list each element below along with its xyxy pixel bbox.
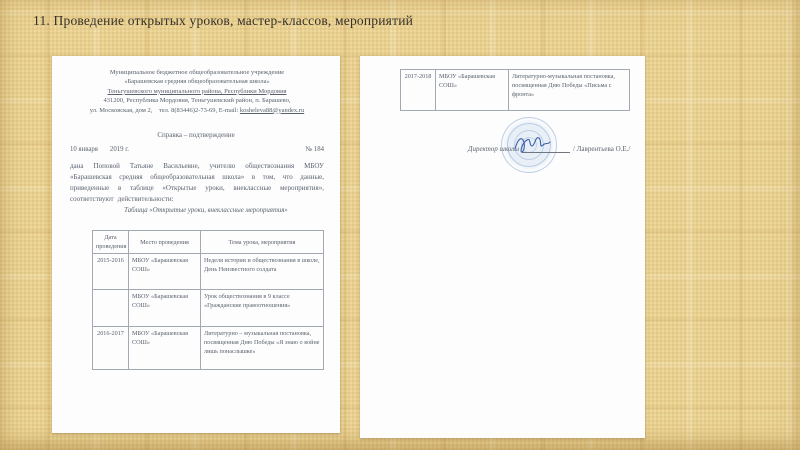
cell-topic: Литературно-музыкальная постановка, посв…: [509, 70, 630, 111]
cell-place: МБОУ «Барашевская СОШ»: [129, 290, 201, 327]
org-line: Теньгушевского муниципального района, Ре…: [66, 87, 328, 96]
table-row: 2015-2016 МБОУ «Барашевская СОШ» Неделя …: [93, 254, 324, 290]
org-line: 431200, Республика Мордовия, Теньгушевск…: [66, 96, 328, 105]
open-lessons-table-continued: 2017-2018 МБОУ «Барашевская СОШ» Литерат…: [400, 69, 630, 111]
table-row: 2017-2018 МБОУ «Барашевская СОШ» Литерат…: [401, 70, 630, 111]
document-title: Справка – подтверждение: [52, 131, 340, 139]
date-number-row: 10 января2019 г. № 184: [70, 146, 324, 153]
header-cell-topic: Тема урока, мероприятия: [201, 231, 324, 254]
presentation-slide: 11. Проведение открытых уроков, мастер-к…: [0, 0, 800, 450]
email-text: kosheleva88@yandex.ru: [240, 107, 304, 114]
certificate-body-text: дана Поповой Татьяне Васильевне, учителю…: [70, 161, 324, 205]
contact-text: ул. Московская, дом 2, тел. 8(83446)2-73…: [90, 107, 238, 114]
cell-date: [93, 290, 129, 327]
header-cell-place: Место проведения: [129, 231, 201, 254]
cell-date: 2017-2018: [401, 70, 436, 111]
cell-topic: Литературно – музыкальная постановка, по…: [201, 327, 324, 370]
cell-date: 2016-2017: [93, 327, 129, 370]
cell-place: МБОУ «Барашевская СОШ»: [129, 327, 201, 370]
cell-place: МБОУ «Барашевская СОШ»: [129, 254, 201, 290]
table-header-row: Дата проведения Место проведения Тема ур…: [93, 231, 324, 254]
header-cell-date: Дата проведения: [93, 231, 129, 254]
certificate-page-1: Муниципальное бюджетное общеобразователь…: [52, 56, 340, 433]
cell-topic: Неделя истории и обществознания в школе,…: [201, 254, 324, 290]
slide-title: 11. Проведение открытых уроков, мастер-к…: [33, 13, 413, 29]
certificate-page-2: 2017-2018 МБОУ «Барашевская СОШ» Литерат…: [360, 56, 645, 438]
open-lessons-table: Дата проведения Место проведения Тема ур…: [92, 230, 324, 370]
handwritten-signature: [512, 130, 552, 156]
cell-topic: Урок обществознания в 9 классе «Гражданс…: [201, 290, 324, 327]
cell-place: МБОУ «Барашевская СОШ»: [436, 70, 509, 111]
signature-name: / Лаврентьева О.Е./: [573, 145, 630, 153]
document-number: № 184: [306, 146, 324, 153]
document-date: 10 января2019 г.: [70, 146, 129, 153]
table-row: МБОУ «Барашевская СОШ» Урок обществознан…: [93, 290, 324, 327]
org-line: Муниципальное бюджетное общеобразователь…: [66, 68, 328, 77]
org-line: «Барашевская средняя общеобразовательная…: [66, 77, 328, 86]
cell-date: 2015-2016: [93, 254, 129, 290]
org-contact-line: ул. Московская, дом 2, тел. 8(83446)2-73…: [66, 106, 328, 115]
table-row: 2016-2017 МБОУ «Барашевская СОШ» Литерат…: [93, 327, 324, 370]
table-caption: Таблица «Открытые уроки, внеклассные мер…: [82, 207, 330, 214]
organization-header: Муниципальное бюджетное общеобразователь…: [66, 68, 328, 115]
